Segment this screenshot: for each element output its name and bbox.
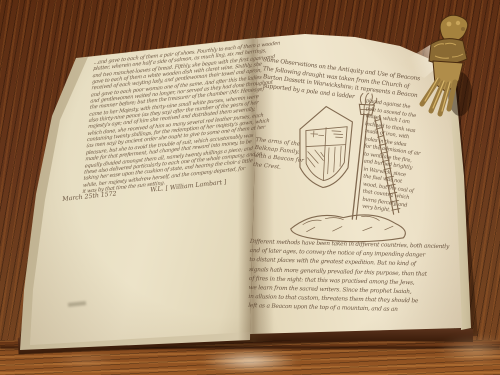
mound-drawing	[290, 211, 406, 245]
brass-hand-page-clasp	[408, 14, 480, 120]
ladder-drawing	[370, 115, 405, 214]
clasp-ruffled-cuff	[429, 39, 467, 64]
left-page-handwritten-text: ...and gave to each of them a pair of sh…	[82, 40, 280, 195]
photograph-open-manuscript-book: ...and gave to each of them a pair of sh…	[0, 0, 500, 375]
fire-basket-drawing	[359, 92, 377, 115]
beacon-pole-drawing	[352, 113, 368, 219]
shield-of-arms-drawing	[297, 105, 353, 189]
right-page-body-text: Different methods have been taken in dif…	[248, 238, 449, 317]
